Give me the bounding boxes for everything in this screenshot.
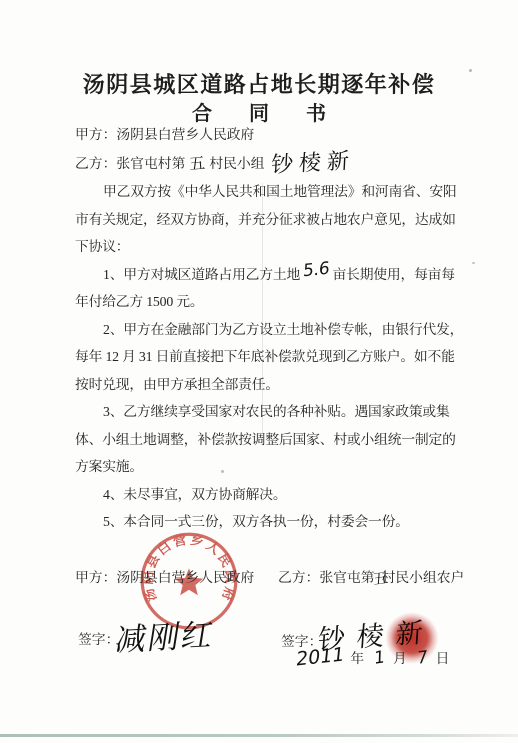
signature-party-b-prefix: 乙方：张官屯第: [278, 570, 375, 585]
handwritten-year: 2011: [295, 643, 345, 670]
handwritten-group-number-2: 五: [371, 568, 382, 590]
handwritten-date-line: 2011年1月7日: [296, 646, 451, 668]
scan-speck: [221, 470, 224, 473]
clause-3-line: 3、乙方继续享受国家对农民的各种补贴。遇国家政策或集: [75, 398, 467, 426]
scan-speck: [472, 262, 475, 264]
paper-crease-line: [262, 183, 263, 433]
intro-line: 甲乙双方按《中华人民共和国土地管理法》和河南省、安阳: [75, 178, 467, 206]
parties-header: 甲方：汤阴县白营乡人民政府 乙方：张官屯村第五村民小组钞棱新: [75, 121, 355, 175]
scanned-contract-page: 汤阴县城区道路占地长期逐年补偿 合同书 甲方：汤阴县白营乡人民政府 乙方：张官屯…: [0, 0, 518, 743]
clause-1-line: 年付给乙方 1500 元。: [75, 288, 467, 316]
handwritten-signature-party-a: 减刚红: [112, 609, 218, 660]
year-unit: 年: [350, 651, 364, 666]
contract-body: 甲乙双方按《中华人民共和国土地管理法》和河南省、安阳 市有关规定，经双方协商，并…: [75, 178, 467, 536]
signature-party-b-suffix: 村民小组农户: [382, 570, 465, 585]
party-b-line: 乙方：张官屯村第五村民小组钞棱新: [75, 148, 355, 175]
handwritten-group-number: 五: [188, 149, 206, 177]
clause-1-post: 亩长期使用，每亩每: [333, 267, 455, 282]
signature-party-b: 乙方：张官屯第五村民小组农户: [278, 566, 464, 587]
handwritten-day: 7: [416, 647, 427, 669]
handwritten-land-area: 5.6: [302, 255, 330, 286]
intro-line: 下协议：: [75, 233, 467, 261]
month-unit: 月: [393, 651, 407, 666]
handwritten-month: 1: [374, 647, 385, 669]
party-b-prefix: 乙方：张官屯村第: [75, 156, 185, 171]
contract-title-line1: 汤阴县城区道路占地长期逐年补偿: [0, 68, 518, 99]
clause-1-pre: 1、甲方对城区道路占用乙方土地: [103, 267, 300, 282]
handwritten-representative-name: 钞棱新: [270, 148, 355, 180]
day-unit: 日: [436, 651, 450, 666]
clause-4-line: 4、未尽事宜，双方协商解决。: [75, 481, 467, 509]
party-b-mid: 村民小组: [209, 156, 264, 171]
clause-2-line: 2、甲方在金融部门为乙方设立土地补偿专帐，由银行代发，: [75, 316, 467, 344]
sign-label-party-a: 签字：: [78, 628, 119, 648]
clause-1-line: 1、甲方对城区道路占用乙方土地5.6亩长期使用，每亩每: [75, 261, 467, 289]
clause-5-line: 5、本合同一式三份，双方各执一份，村委会一份。: [75, 508, 467, 536]
signature-party-a: 甲方：汤阴县白营乡人民政府: [75, 566, 254, 586]
intro-line: 市有关规定，经双方协商，并充分征求被占地农户意见，达成如: [75, 206, 467, 234]
clause-2-line: 每年 12 月 31 日前直接把下年底补偿款兑现到乙方账户。如不能: [75, 343, 467, 371]
scan-edge-line: [0, 734, 518, 737]
scan-speck: [469, 69, 472, 72]
clause-3-line: 方案实施。: [75, 453, 467, 481]
party-a-line: 甲方：汤阴县白营乡人民政府: [75, 121, 355, 148]
clause-2-line: 按时兑现，由甲方承担全部责任。: [75, 371, 467, 399]
clause-3-line: 体、小组土地调整，补偿款按调整后国家、村或小组统一制定的: [75, 426, 467, 454]
